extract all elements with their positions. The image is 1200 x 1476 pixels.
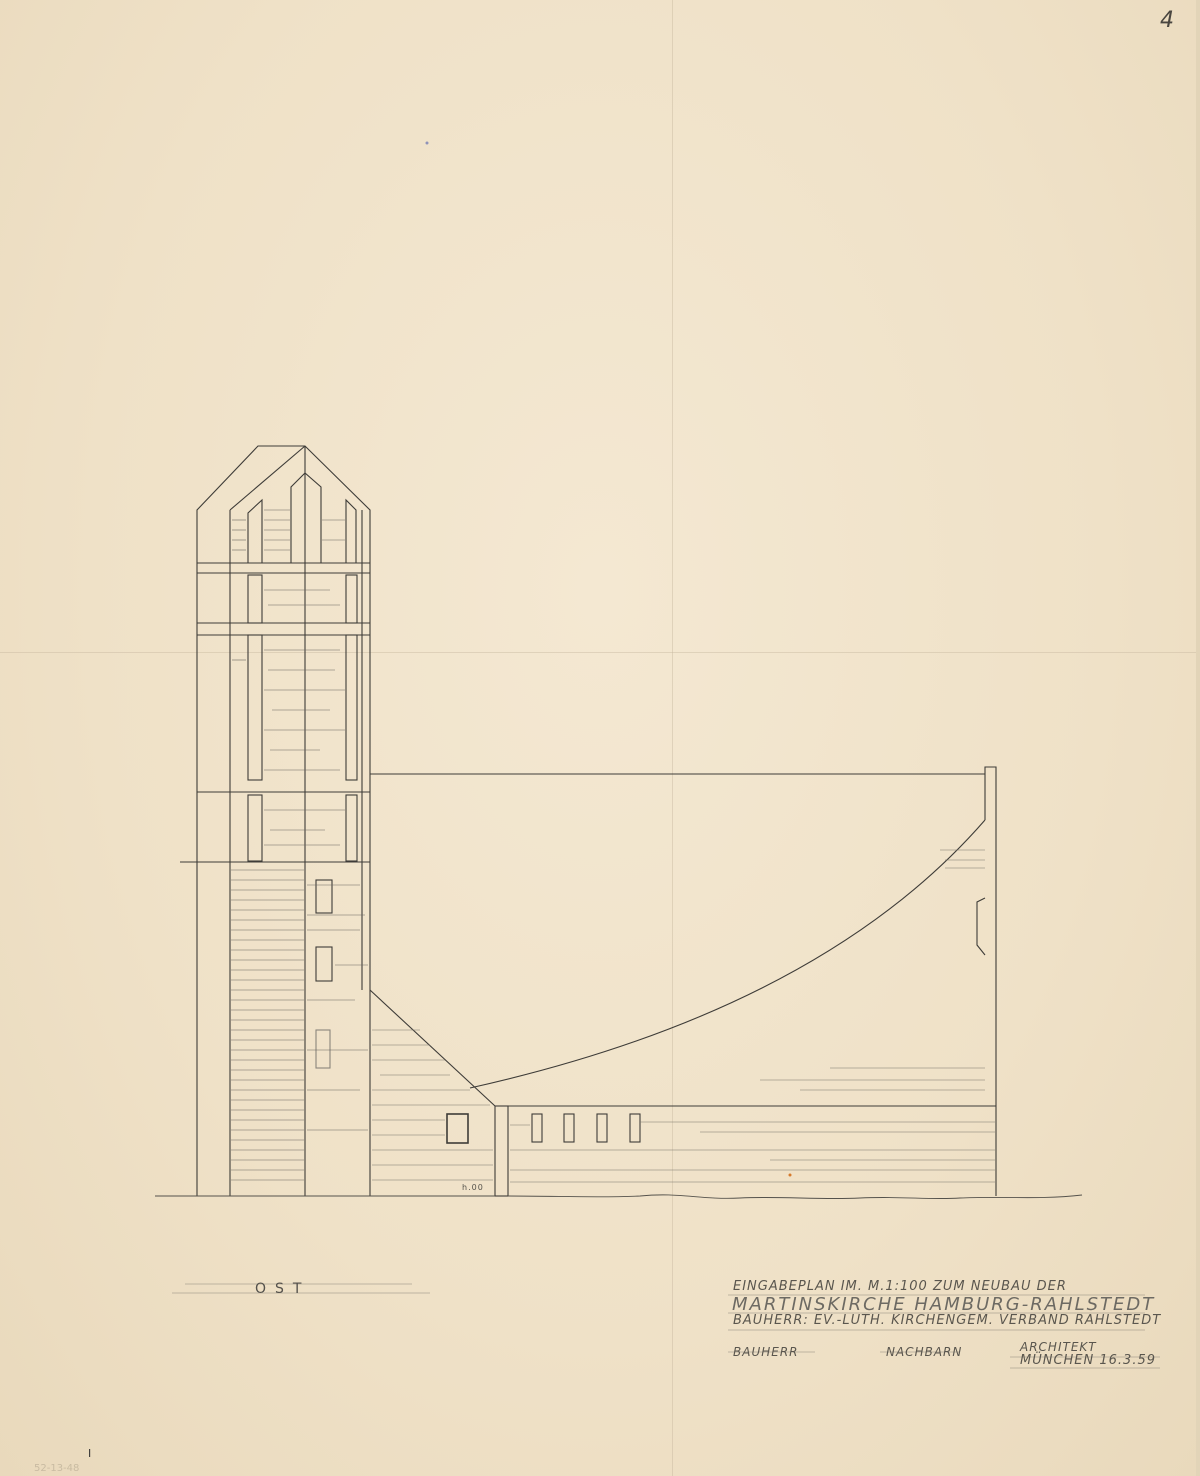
signature-neighbors-label: NACHBARN — [886, 1345, 962, 1359]
ground-line — [155, 1195, 1082, 1199]
ink-dot — [789, 1174, 792, 1177]
signature-owner-label: BAUHERR — [733, 1345, 799, 1359]
tower-base-hatching — [231, 870, 368, 1180]
sheet-number: 4 — [1160, 8, 1175, 33]
ground-level-annotation: h.00 — [462, 1183, 484, 1192]
title-line-project: MARTINSKIRCHE HAMBURG-RAHLSTEDT — [732, 1294, 1155, 1315]
elevation-drawing — [0, 0, 1200, 1476]
page-tick: I — [88, 1447, 92, 1460]
nave — [370, 767, 996, 1196]
view-label: OST — [255, 1281, 310, 1297]
title-line-plan-type: EINGABEPLAN IM. M.1:100 ZUM NEUBAU DER — [733, 1279, 1067, 1294]
title-line-client: BAUHERR: EV.-LUTH. KIRCHENGEM. VERBAND R… — [733, 1313, 1161, 1328]
bell-tower — [180, 446, 370, 1196]
ink-dot — [426, 142, 429, 145]
archive-mark: 52-13-48 — [34, 1463, 79, 1474]
signature-architect-label: ARCHITEKT — [1020, 1340, 1097, 1354]
place-date: MÜNCHEN 16.3.59 — [1020, 1353, 1156, 1368]
